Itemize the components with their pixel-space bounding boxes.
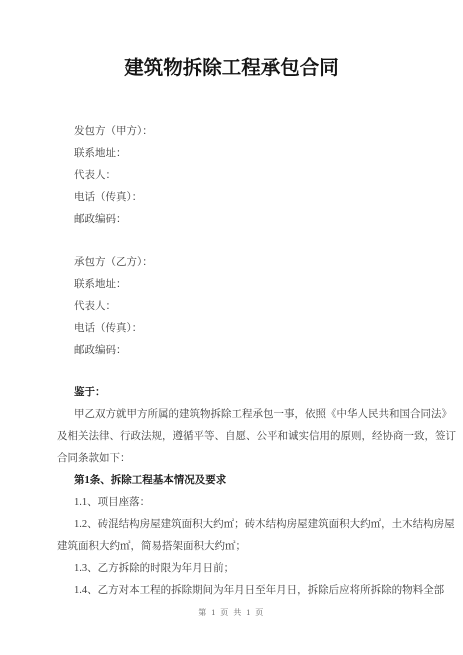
- whereas-block: 鉴于： 甲乙双方就甲方所属的建筑物拆除工程承包一事，依照《中华人民共和国合同法》…: [57, 382, 449, 470]
- party-a-phone-fax-label: 电话（传真）：: [57, 187, 449, 209]
- preamble-line: 甲乙双方就甲方所属的建筑物拆除工程承包一事，依照《中华人民共和国合同法》: [57, 404, 449, 426]
- clause-1-3: 1.3、乙方拆除的时限为年月日前；: [57, 558, 449, 580]
- article-1-heading: 第1条、拆除工程基本情况及要求: [57, 470, 449, 492]
- party-b-name-label: 承包方（乙方）：: [57, 252, 449, 274]
- party-b-postcode-label: 邮政编码：: [57, 340, 449, 362]
- party-a-representative-label: 代表人：: [57, 165, 449, 187]
- document-body: 发包方（甲方）： 联系地址： 代表人： 电话（传真）： 邮政编码： 承包方（乙方…: [57, 121, 449, 602]
- party-b-representative-label: 代表人：: [57, 296, 449, 318]
- contract-document-page: 建筑物拆除工程承包合同 发包方（甲方）： 联系地址： 代表人： 电话（传真）： …: [0, 0, 463, 655]
- page-number: 第 1 页 共 1 页: [0, 602, 463, 624]
- clause-1-2-continuation: 建筑面积大约㎡，简易搭架面积大约㎡；: [57, 536, 449, 558]
- party-a-block: 发包方（甲方）： 联系地址： 代表人： 电话（传真）： 邮政编码：: [57, 121, 449, 231]
- clause-1-4: 1.4、乙方对本工程的拆除期间为年月日至年月日，拆除后应将所拆除的物料全部: [57, 580, 449, 602]
- whereas-heading: 鉴于：: [57, 382, 449, 404]
- party-a-address-label: 联系地址：: [57, 143, 449, 165]
- clause-1-2: 1.2、砖混结构房屋建筑面积大约㎡；砖木结构房屋建筑面积大约㎡，土木结构房屋: [57, 514, 449, 536]
- clause-1-1: 1.1、项目座落：: [57, 492, 449, 514]
- party-b-block: 承包方（乙方）： 联系地址： 代表人： 电话（传真）： 邮政编码：: [57, 252, 449, 362]
- party-b-phone-fax-label: 电话（传真）：: [57, 318, 449, 340]
- party-b-address-label: 联系地址：: [57, 274, 449, 296]
- party-a-name-label: 发包方（甲方）：: [57, 121, 449, 143]
- article-1-block: 第1条、拆除工程基本情况及要求 1.1、项目座落： 1.2、砖混结构房屋建筑面积…: [57, 470, 449, 602]
- document-title: 建筑物拆除工程承包合同: [0, 0, 463, 84]
- party-a-postcode-label: 邮政编码：: [57, 209, 449, 231]
- preamble-line: 合同条款如下：: [57, 448, 449, 470]
- preamble-line: 及相关法律、行政法规，遵循平等、自愿、公平和诚实信用的原则，经协商一致，签订: [57, 426, 449, 448]
